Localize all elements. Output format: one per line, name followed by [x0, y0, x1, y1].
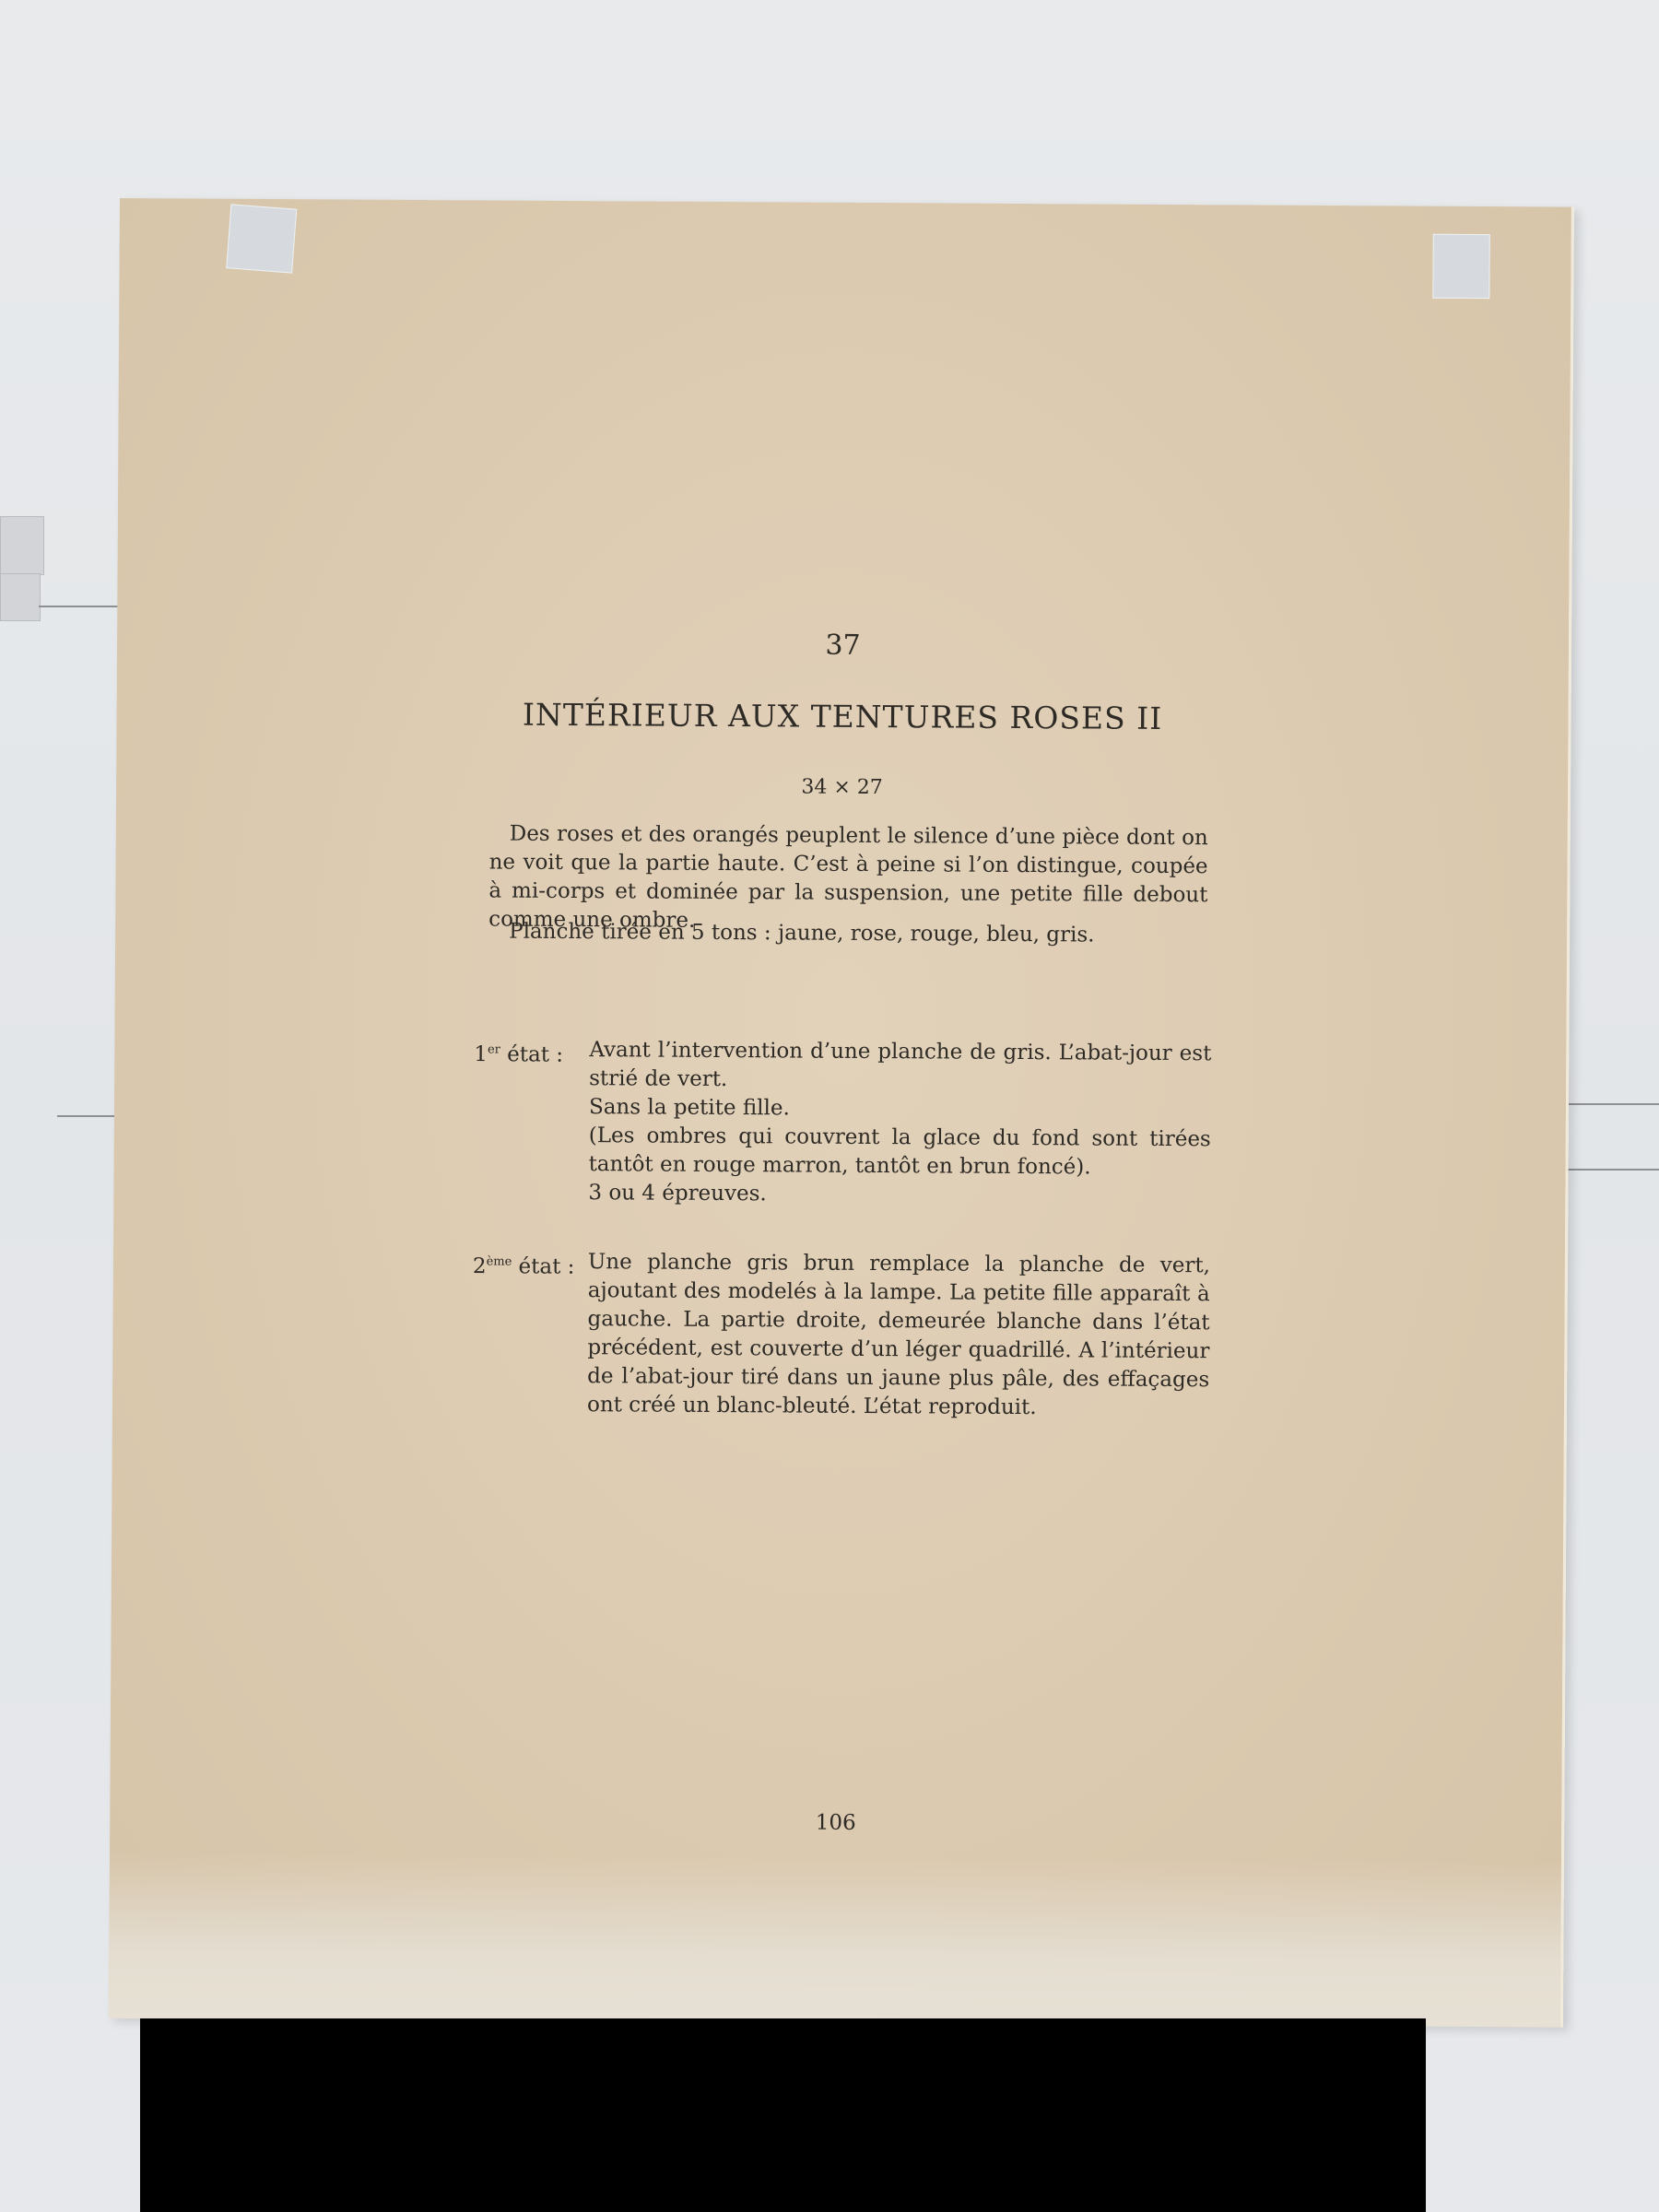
- tape-left: [226, 204, 297, 273]
- redaction-block: [140, 2018, 1426, 2212]
- state-line: 3 ou 4 épreuves.: [588, 1179, 1210, 1211]
- page-number: 106: [110, 1806, 1561, 1840]
- mat-strip: [0, 573, 41, 621]
- state-text: Avant l’intervention d’une planche de gr…: [588, 1036, 1211, 1211]
- catalog-number: 37: [117, 625, 1569, 666]
- state-line: (Les ombres qui couvrent la glace du fon…: [589, 1122, 1211, 1182]
- state-line: Sans la petite fille.: [589, 1093, 1211, 1125]
- document-page: 37 INTÉRIEUR AUX TENTURES ROSES II 34 × …: [109, 198, 1574, 2028]
- artwork-dimensions: 34 × 27: [116, 771, 1568, 804]
- state-label: 1er état :: [473, 1035, 589, 1207]
- state-text: Une planche gris brun remplace la planch…: [587, 1248, 1210, 1423]
- mat-strip: [0, 516, 44, 575]
- state-entry-2: 2ème état : Une planche gris brun rempla…: [472, 1247, 1210, 1423]
- plate-info: Planche tirée en 5 tons : jaune, rose, r…: [488, 917, 1228, 950]
- tape-right: [1432, 234, 1489, 299]
- state-entry-1: 1er état : Avant l’intervention d’une pl…: [473, 1035, 1211, 1211]
- page-margin: [109, 1853, 1561, 2028]
- state-line: Une planche gris brun remplace la planch…: [587, 1248, 1210, 1423]
- artwork-title: INTÉRIEUR AUX TENTURES ROSES II: [116, 694, 1568, 739]
- state-label: 2ème état :: [472, 1247, 588, 1419]
- state-line: Avant l’intervention d’une planche de gr…: [589, 1036, 1211, 1097]
